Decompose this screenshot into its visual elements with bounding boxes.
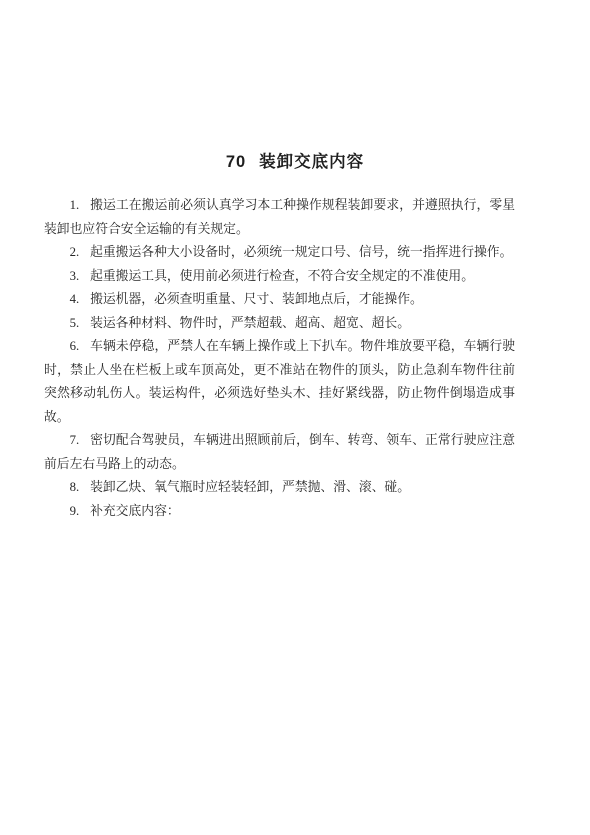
item-number: 8. [70,480,80,494]
list-item: 7.密切配合驾驶员，车辆进出照顾前后，倒车、转弯、领车、正常行驶应注意前后左右马… [44,429,515,476]
item-number: 1. [70,198,80,212]
list-item: 6.车辆未停稳，严禁人在车辆上操作或上下扒车。物件堆放要平稳，车辆行驶时，禁止人… [44,335,515,429]
section-number: 70 [226,153,246,171]
document-body: 1.搬运工在搬运前必须认真学习本工种操作规程装卸要求，并遵照执行，零星装卸也应符… [44,194,515,523]
item-text: 装运各种材料、物件时，严禁超载、超高、超宽、超长。 [90,316,410,330]
item-text: 车辆未停稳，严禁人在车辆上操作或上下扒车。物件堆放要平稳，车辆行驶时，禁止人坐在… [44,339,515,424]
item-text: 搬运机器，必须查明重量、尺寸、装卸地点后，才能操作。 [90,292,423,306]
list-item: 5.装运各种材料、物件时，严禁超载、超高、超宽、超长。 [44,312,515,336]
page-title-text: 装卸交底内容 [259,153,364,171]
item-text: 起重搬运各种大小设备时，必须统一规定口号、信号，统一指挥进行操作。 [90,245,512,259]
list-item: 4.搬运机器，必须查明重量、尺寸、装卸地点后，才能操作。 [44,288,515,312]
item-number: 6. [70,339,80,353]
list-item: 2.起重搬运各种大小设备时，必须统一规定口号、信号，统一指挥进行操作。 [44,241,515,265]
list-item: 1.搬运工在搬运前必须认真学习本工种操作规程装卸要求，并遵照执行，零星装卸也应符… [44,194,515,241]
item-number: 9. [70,504,80,518]
list-item: 8.装卸乙炔、氧气瓶时应轻装轻卸，严禁抛、滑、滚、碰。 [44,476,515,500]
list-item: 9.补充交底内容： [44,500,515,524]
item-number: 2. [70,245,80,259]
item-number: 3. [70,269,80,283]
item-text: 搬运工在搬运前必须认真学习本工种操作规程装卸要求，并遵照执行，零星装卸也应符合安… [44,198,515,236]
item-number: 4. [70,292,80,306]
list-item: 3.起重搬运工具，使用前必须进行检查，不符合安全规定的不准使用。 [44,265,515,289]
item-number: 7. [70,433,80,447]
item-text: 起重搬运工具，使用前必须进行检查，不符合安全规定的不准使用。 [90,269,474,283]
item-text: 补充交底内容： [90,504,180,518]
item-text: 装卸乙炔、氧气瓶时应轻装轻卸，严禁抛、滑、滚、碰。 [90,480,410,494]
item-text: 密切配合驾驶员，车辆进出照顾前后，倒车、转弯、领车、正常行驶应注意前后左右马路上… [44,433,515,471]
document-page: 70装卸交底内容 1.搬运工在搬运前必须认真学习本工种操作规程装卸要求，并遵照执… [0,0,590,835]
page-title: 70装卸交底内容 [0,148,590,172]
item-number: 5. [70,316,80,330]
